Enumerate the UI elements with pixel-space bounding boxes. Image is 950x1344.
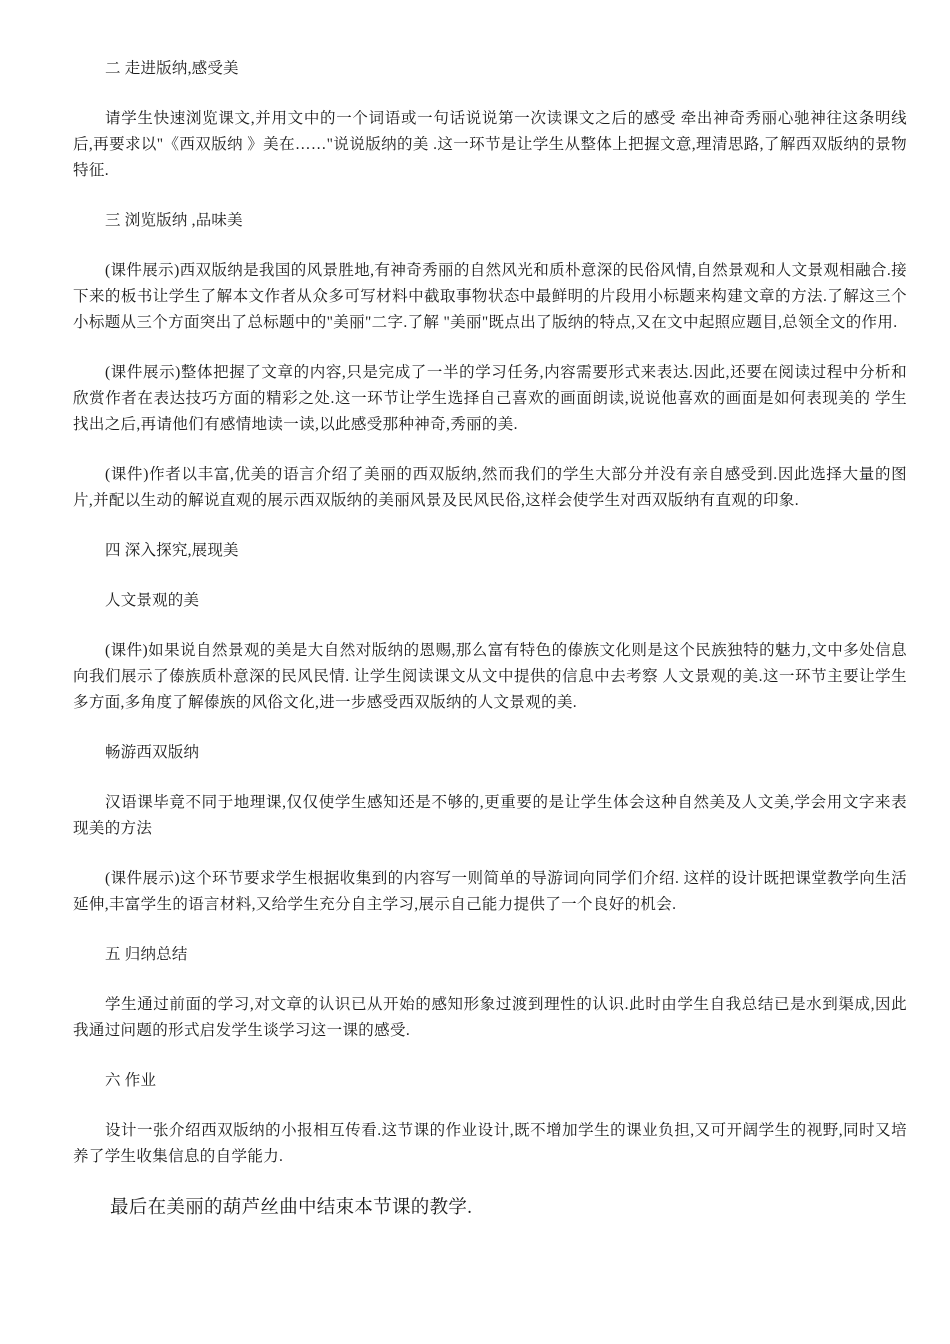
paragraph-scenic-spot: (课件展示)西双版纳是我国的风景胜地,有神奇秀丽的自然风光和质朴意深的民俗风情,… xyxy=(73,258,907,336)
closing-line: 最后在美丽的葫芦丝曲中结束本节课的教学. xyxy=(73,1194,907,1222)
section-heading-3: 三 浏览版纳 ,品味美 xyxy=(73,208,907,234)
paragraph-dai-culture: (课件)如果说自然景观的美是大自然对版纳的恩赐,那么富有特色的傣族文化则是这个民… xyxy=(73,638,907,716)
section-heading-2: 二 走进版纳,感受美 xyxy=(73,56,907,82)
paragraph-tour-guide: (课件展示)这个环节要求学生根据收集到的内容写一则简单的导游词向同学们介绍. 这… xyxy=(73,866,907,918)
paragraph-summary: 学生通过前面的学习,对文章的认识已从开始的感知形象过渡到理性的认识.此时由学生自… xyxy=(73,992,907,1044)
subheading-tour: 畅游西双版纳 xyxy=(73,740,907,766)
section-heading-5: 五 归纳总结 xyxy=(73,942,907,968)
paragraph-expression-skills: (课件展示)整体把握了文章的内容,只是完成了一半的学习任务,内容需要形式来表达.… xyxy=(73,360,907,438)
paragraph-chinese-class: 汉语课毕竟不同于地理课,仅仅使学生感知还是不够的,更重要的是让学生体会这种自然美… xyxy=(73,790,907,842)
paragraph-browse-text: 请学生快速浏览课文,并用文中的一个词语或一句话说说第一次读课文之后的感受 牵出神… xyxy=(73,106,907,184)
paragraph-images: (课件)作者以丰富,优美的语言介绍了美丽的西双版纳,然而我们的学生大部分并没有亲… xyxy=(73,462,907,514)
section-heading-6: 六 作业 xyxy=(73,1068,907,1094)
paragraph-homework: 设计一张介绍西双版纳的小报相互传看.这节课的作业设计,既不增加学生的课业负担,又… xyxy=(73,1118,907,1170)
subheading-cultural-beauty: 人文景观的美 xyxy=(73,588,907,614)
document-page: 二 走进版纳,感受美 请学生快速浏览课文,并用文中的一个词语或一句话说说第一次读… xyxy=(73,56,907,1222)
section-heading-4: 四 深入探究,展现美 xyxy=(73,538,907,564)
